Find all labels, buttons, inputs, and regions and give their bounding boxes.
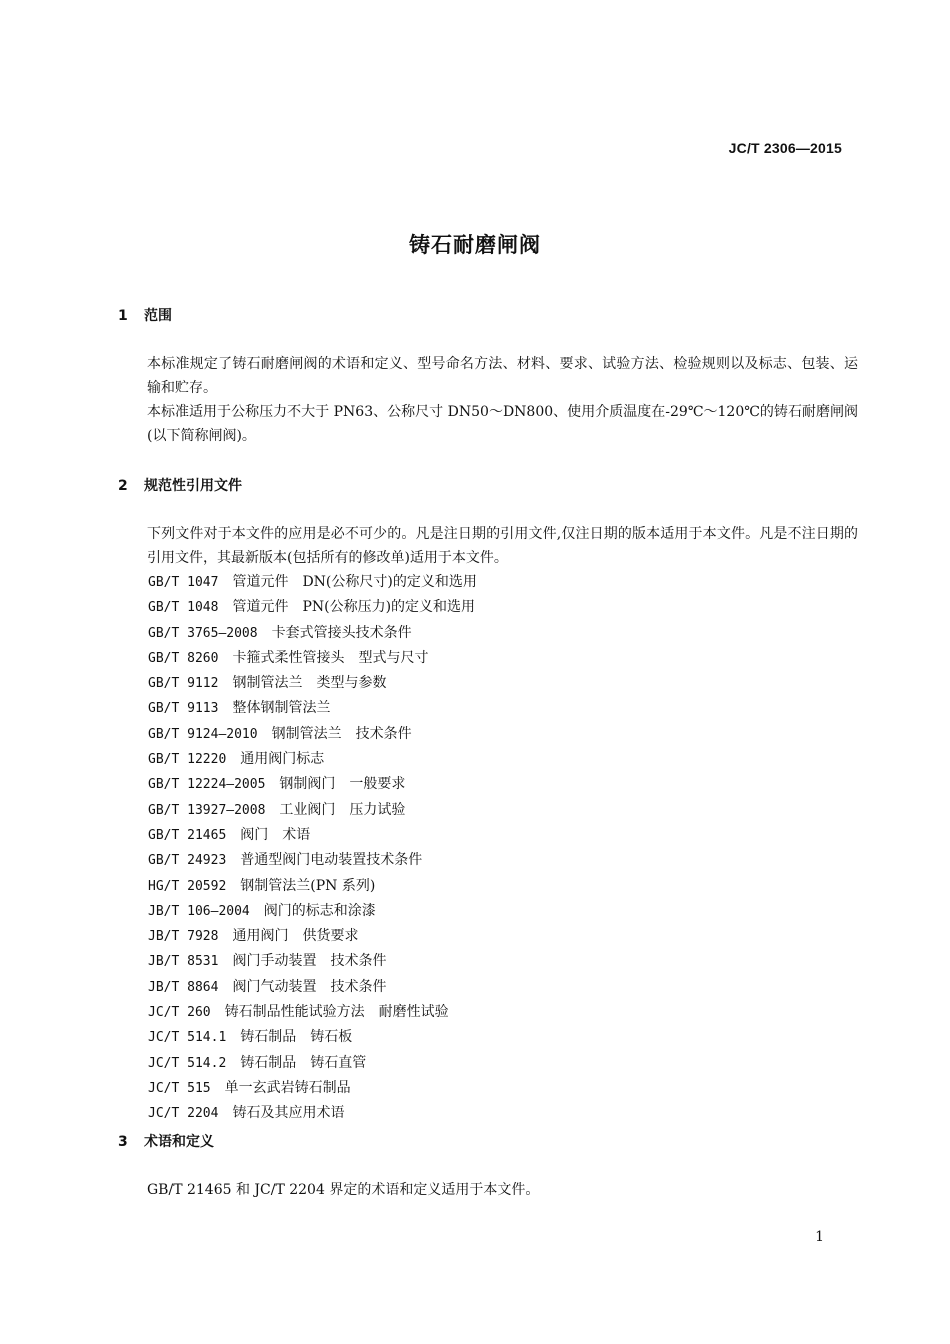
reference-title: 钢制阀门 一般要求 [279,776,405,792]
page-number: 1 [815,1229,824,1245]
reference-title: 卡箍式柔性管接头 型式与尺寸 [232,650,428,666]
reference-item: JB/T 8531阀门手动装置 技术条件 [148,949,477,974]
reference-code: GB/T 9124—2010 [148,727,258,742]
reference-title: 钢制管法兰 类型与参数 [232,675,386,691]
reference-title: 通用阀门 供货要求 [232,928,358,944]
reference-code: HG/T 20592 [148,879,226,894]
reference-item: JB/T 106—2004阀门的标志和涂漆 [148,899,477,924]
reference-item: GB/T 1047管道元件 DN(公称尺寸)的定义和选用 [148,570,477,595]
section-1-paragraph-1: 本标准规定了铸石耐磨闸阀的术语和定义、型号命名方法、材料、要求、试验方法、检验规… [118,352,858,400]
reference-code: GB/T 8260 [148,651,218,666]
reference-item: HG/T 20592钢制管法兰(PN 系列) [148,874,477,899]
reference-title: 阀门手动装置 技术条件 [232,953,386,969]
reference-code: JC/T 2204 [148,1106,218,1121]
reference-item: GB/T 9112钢制管法兰 类型与参数 [148,671,477,696]
section-1-paragraph-2: 本标准适用于公称压力不大于 PN63、公称尺寸 DN50～DN800、使用介质温… [118,400,858,448]
reference-code: GB/T 21465 [148,828,226,843]
reference-code: GB/T 1048 [148,600,218,615]
reference-code: JC/T 260 [148,1005,211,1020]
reference-item: JC/T 515单一玄武岩铸石制品 [148,1076,477,1101]
reference-title: 普通型阀门电动装置技术条件 [240,852,422,868]
document-page: JC/T 2306—2015 铸石耐磨闸阀 1范围 本标准规定了铸石耐磨闸阀的术… [0,0,950,1344]
paragraph-text: 本标准适用于公称压力不大于 PN63、公称尺寸 DN50～DN800、使用介质温… [118,400,858,448]
normative-references-list: GB/T 1047管道元件 DN(公称尺寸)的定义和选用 GB/T 1048管道… [148,570,477,1127]
reference-item: JB/T 7928通用阀门 供货要求 [148,924,477,949]
reference-title: 管道元件 DN(公称尺寸)的定义和选用 [232,574,476,590]
section-3-heading: 3术语和定义 [118,1131,214,1151]
reference-item: GB/T 24923普通型阀门电动装置技术条件 [148,848,477,873]
reference-title: 工业阀门 压力试验 [279,802,405,818]
section-title: 术语和定义 [144,1134,214,1150]
section-number: 3 [118,1134,144,1150]
reference-title: 铸石制品性能试验方法 耐磨性试验 [225,1004,449,1020]
reference-code: JC/T 514.2 [148,1056,226,1071]
reference-item: GB/T 9113整体钢制管法兰 [148,696,477,721]
reference-title: 铸石及其应用术语 [232,1105,344,1121]
reference-code: JB/T 8864 [148,980,218,995]
reference-item: JB/T 8864阀门气动装置 技术条件 [148,975,477,1000]
section-number: 2 [118,478,144,494]
reference-code: GB/T 24923 [148,853,226,868]
reference-title: 阀门气动装置 技术条件 [232,979,386,995]
reference-item: JC/T 2204铸石及其应用术语 [148,1101,477,1126]
reference-title: 管道元件 PN(公称压力)的定义和选用 [232,599,475,615]
reference-title: 铸石制品 铸石直管 [240,1055,366,1071]
reference-code: JC/T 515 [148,1081,211,1096]
paragraph-text: GB/T 21465 和 JC/T 2204 界定的术语和定义适用于本文件。 [118,1178,858,1202]
reference-item: GB/T 21465阀门 术语 [148,823,477,848]
reference-title: 铸石制品 铸石板 [240,1029,352,1045]
reference-code: GB/T 9112 [148,676,218,691]
section-title: 规范性引用文件 [144,478,242,494]
paragraph-text: 下列文件对于本文件的应用是必不可少的。凡是注日期的引用文件,仅注日期的版本适用于… [118,522,858,570]
reference-item: JC/T 514.2铸石制品 铸石直管 [148,1051,477,1076]
reference-title: 通用阀门标志 [240,751,324,767]
reference-code: GB/T 1047 [148,575,218,590]
reference-item: GB/T 8260卡箍式柔性管接头 型式与尺寸 [148,646,477,671]
reference-item: GB/T 13927—2008工业阀门 压力试验 [148,798,477,823]
reference-title: 卡套式管接头技术条件 [272,625,412,641]
section-number: 1 [118,308,144,324]
reference-title: 单一玄武岩铸石制品 [225,1080,351,1096]
reference-title: 阀门的标志和涂漆 [264,903,376,919]
standard-code: JC/T 2306—2015 [729,140,842,156]
paragraph-text: 本标准规定了铸石耐磨闸阀的术语和定义、型号命名方法、材料、要求、试验方法、检验规… [118,352,858,400]
reference-item: GB/T 12220通用阀门标志 [148,747,477,772]
reference-item: GB/T 9124—2010钢制管法兰 技术条件 [148,722,477,747]
reference-item: GB/T 1048管道元件 PN(公称压力)的定义和选用 [148,595,477,620]
document-title: 铸石耐磨闸阀 [0,229,950,259]
reference-code: JC/T 514.1 [148,1030,226,1045]
reference-code: JB/T 7928 [148,929,218,944]
reference-item: GB/T 12224—2005钢制阀门 一般要求 [148,772,477,797]
section-2-heading: 2规范性引用文件 [118,475,242,495]
reference-title: 钢制管法兰 技术条件 [272,726,412,742]
reference-item: GB/T 3765—2008卡套式管接头技术条件 [148,621,477,646]
reference-item: JC/T 260铸石制品性能试验方法 耐磨性试验 [148,1000,477,1025]
reference-item: JC/T 514.1铸石制品 铸石板 [148,1025,477,1050]
reference-code: GB/T 9113 [148,701,218,716]
reference-code: GB/T 13927—2008 [148,803,265,818]
reference-code: GB/T 3765—2008 [148,626,258,641]
section-1-heading: 1范围 [118,305,172,325]
reference-code: GB/T 12224—2005 [148,777,265,792]
reference-title: 钢制管法兰(PN 系列) [240,878,375,894]
section-title: 范围 [144,308,172,324]
reference-code: JB/T 8531 [148,954,218,969]
reference-title: 整体钢制管法兰 [232,700,330,716]
reference-code: JB/T 106—2004 [148,904,250,919]
section-3-paragraph-1: GB/T 21465 和 JC/T 2204 界定的术语和定义适用于本文件。 [118,1178,858,1202]
reference-title: 阀门 术语 [240,827,310,843]
section-2-paragraph-1: 下列文件对于本文件的应用是必不可少的。凡是注日期的引用文件,仅注日期的版本适用于… [118,522,858,570]
reference-code: GB/T 12220 [148,752,226,767]
